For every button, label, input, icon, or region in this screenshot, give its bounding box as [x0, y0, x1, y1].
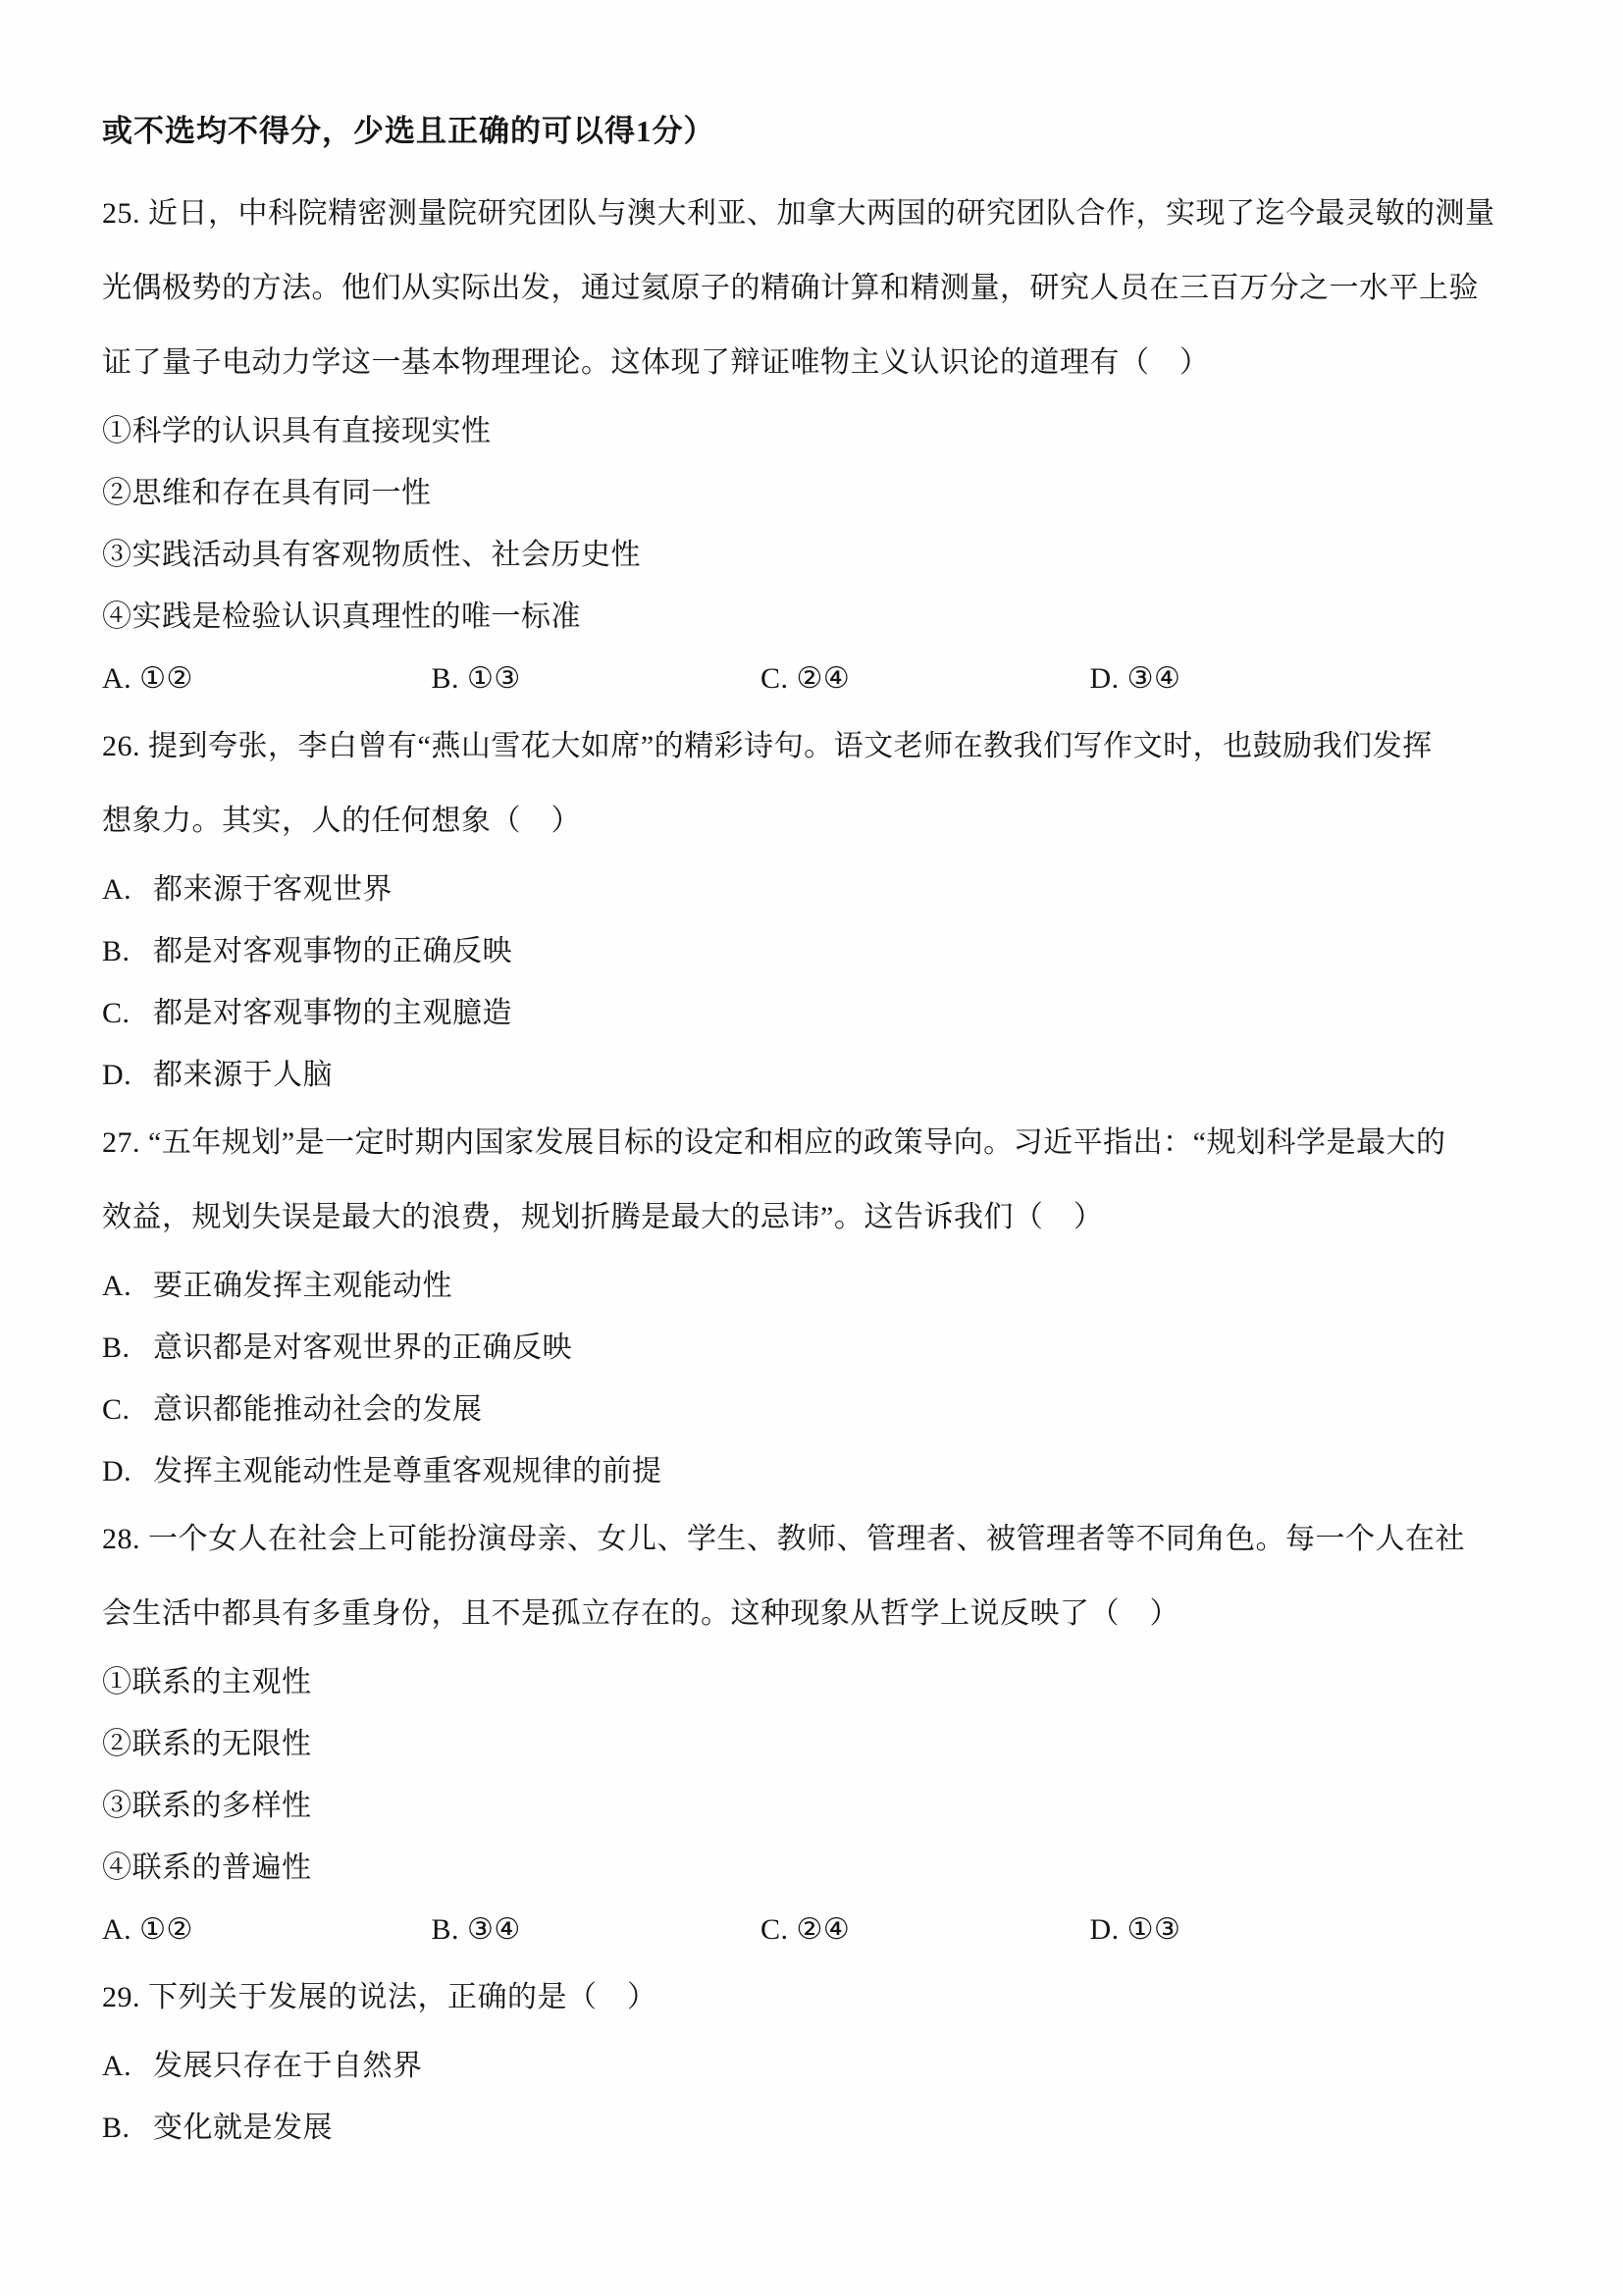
question-28: 28. 一个女人在社会上可能扮演母亲、女儿、学生、教师、管理者、被管理者等不同角… [102, 1502, 1537, 1960]
question-25-stem-line-1: 25. 近日，中科院精密测量院研究团队与澳大利亚、加拿大两国的研究团队合作，实现… [102, 177, 1537, 251]
question-29-option-b: B.变化就是发展 [102, 2097, 1537, 2159]
question-27-option-c: C.意识都能推动社会的发展 [102, 1379, 1537, 1440]
option-text: 发展只存在于自然界 [153, 2050, 423, 2082]
option-label: D. [102, 1440, 153, 1502]
question-28-statement-3: ③联系的多样性 [102, 1775, 1537, 1837]
option-label: B. [102, 920, 153, 982]
option-label: A. [102, 1255, 153, 1317]
option-text: 都是对客观事物的正确反映 [153, 935, 512, 967]
option-text: 都来源于人脑 [153, 1059, 333, 1091]
option-label: B. [102, 2097, 153, 2159]
question-25-choice-c: C. ②④ [760, 648, 1082, 709]
question-26-option-b: B.都是对客观事物的正确反映 [102, 920, 1537, 982]
option-label: C. [102, 1379, 153, 1440]
question-29-option-a: A.发展只存在于自然界 [102, 2035, 1537, 2097]
question-27-stem-line-2: 效益，规划失误是最大的浪费，规划折腾是最大的忌讳”。这告诉我们（ ） [102, 1180, 1537, 1255]
question-25-stem-line-3: 证了量子电动力学这一基本物理理论。这体现了辩证唯物主义认识论的道理有（ ） [102, 326, 1537, 400]
question-25-statement-3: ③实践活动具有客观物质性、社会历史性 [102, 524, 1537, 586]
question-28-statement-4: ④联系的普遍性 [102, 1837, 1537, 1899]
question-28-stem-line-2: 会生活中都具有多重身份，且不是孤立存在的。这种现象从哲学上说反映了（ ） [102, 1577, 1537, 1651]
question-28-statement-1: ①联系的主观性 [102, 1651, 1537, 1713]
question-29: 29. 下列关于发展的说法，正确的是（ ） A.发展只存在于自然界 B.变化就是… [102, 1960, 1537, 2159]
option-label: D. [102, 1044, 153, 1106]
option-label: B. [102, 1317, 153, 1379]
option-text: 变化就是发展 [153, 2112, 333, 2144]
question-26-option-d: D.都来源于人脑 [102, 1044, 1537, 1106]
question-28-statement-2: ②联系的无限性 [102, 1713, 1537, 1775]
question-26: 26. 提到夸张，李白曾有“燕山雪花大如席”的精彩诗句。语文老师在教我们写作文时… [102, 709, 1537, 1106]
question-26-stem-line-1: 26. 提到夸张，李白曾有“燕山雪花大如席”的精彩诗句。语文老师在教我们写作文时… [102, 709, 1537, 784]
option-text: 意识都能推动社会的发展 [153, 1393, 483, 1426]
question-28-stem-line-1: 28. 一个女人在社会上可能扮演母亲、女儿、学生、教师、管理者、被管理者等不同角… [102, 1502, 1537, 1577]
question-29-stem-line-1: 29. 下列关于发展的说法，正确的是（ ） [102, 1960, 1537, 2035]
option-text: 都是对客观事物的主观臆造 [153, 997, 512, 1029]
question-26-option-a: A.都来源于客观世界 [102, 859, 1537, 920]
question-28-choice-c: C. ②④ [760, 1899, 1082, 1960]
question-26-stem-line-2: 想象力。其实，人的任何想象（ ） [102, 784, 1537, 859]
question-27-option-b: B.意识都是对客观世界的正确反映 [102, 1317, 1537, 1379]
question-28-choices: A. ①② B. ③④ C. ②④ D. ①③ [102, 1899, 1537, 1960]
question-28-choice-a: A. ①② [102, 1899, 424, 1960]
question-27: 27. “五年规划”是一定时期内国家发展目标的设定和相应的政策导向。习近平指出：… [102, 1106, 1537, 1502]
exam-page: 或不选均不得分，少选且正确的可以得1分） 25. 近日，中科院精密测量院研究团队… [0, 0, 1623, 2296]
option-label: C. [102, 982, 153, 1044]
question-25-choice-a: A. ①② [102, 648, 424, 709]
scoring-note: 或不选均不得分，少选且正确的可以得1分） [102, 100, 1537, 163]
question-25-stem-line-2: 光偶极势的方法。他们从实际出发，通过氦原子的精确计算和精测量，研究人员在三百万分… [102, 251, 1537, 326]
question-25-statement-4: ④实践是检验认识真理性的唯一标准 [102, 586, 1537, 648]
option-text: 意识都是对客观世界的正确反映 [153, 1331, 572, 1364]
question-27-stem-line-1: 27. “五年规划”是一定时期内国家发展目标的设定和相应的政策导向。习近平指出：… [102, 1106, 1537, 1180]
question-25-statement-1: ①科学的认识具有直接现实性 [102, 400, 1537, 462]
question-25: 25. 近日，中科院精密测量院研究团队与澳大利亚、加拿大两国的研究团队合作，实现… [102, 177, 1537, 709]
question-28-choice-b: B. ③④ [432, 1899, 754, 1960]
option-label: A. [102, 2035, 153, 2097]
question-27-option-d: D.发挥主观能动性是尊重客观规律的前提 [102, 1440, 1537, 1502]
option-label: A. [102, 859, 153, 920]
option-text: 都来源于客观世界 [153, 873, 393, 906]
question-25-choice-d: D. ③④ [1090, 648, 1181, 709]
option-text: 发挥主观能动性是尊重客观规律的前提 [153, 1455, 662, 1487]
question-25-choice-b: B. ①③ [432, 648, 754, 709]
option-text: 要正确发挥主观能动性 [153, 1270, 452, 1302]
question-27-option-a: A.要正确发挥主观能动性 [102, 1255, 1537, 1317]
question-28-choice-d: D. ①③ [1090, 1899, 1181, 1960]
question-25-statement-2: ②思维和存在具有同一性 [102, 462, 1537, 524]
question-26-option-c: C.都是对客观事物的主观臆造 [102, 982, 1537, 1044]
question-25-choices: A. ①② B. ①③ C. ②④ D. ③④ [102, 648, 1537, 709]
